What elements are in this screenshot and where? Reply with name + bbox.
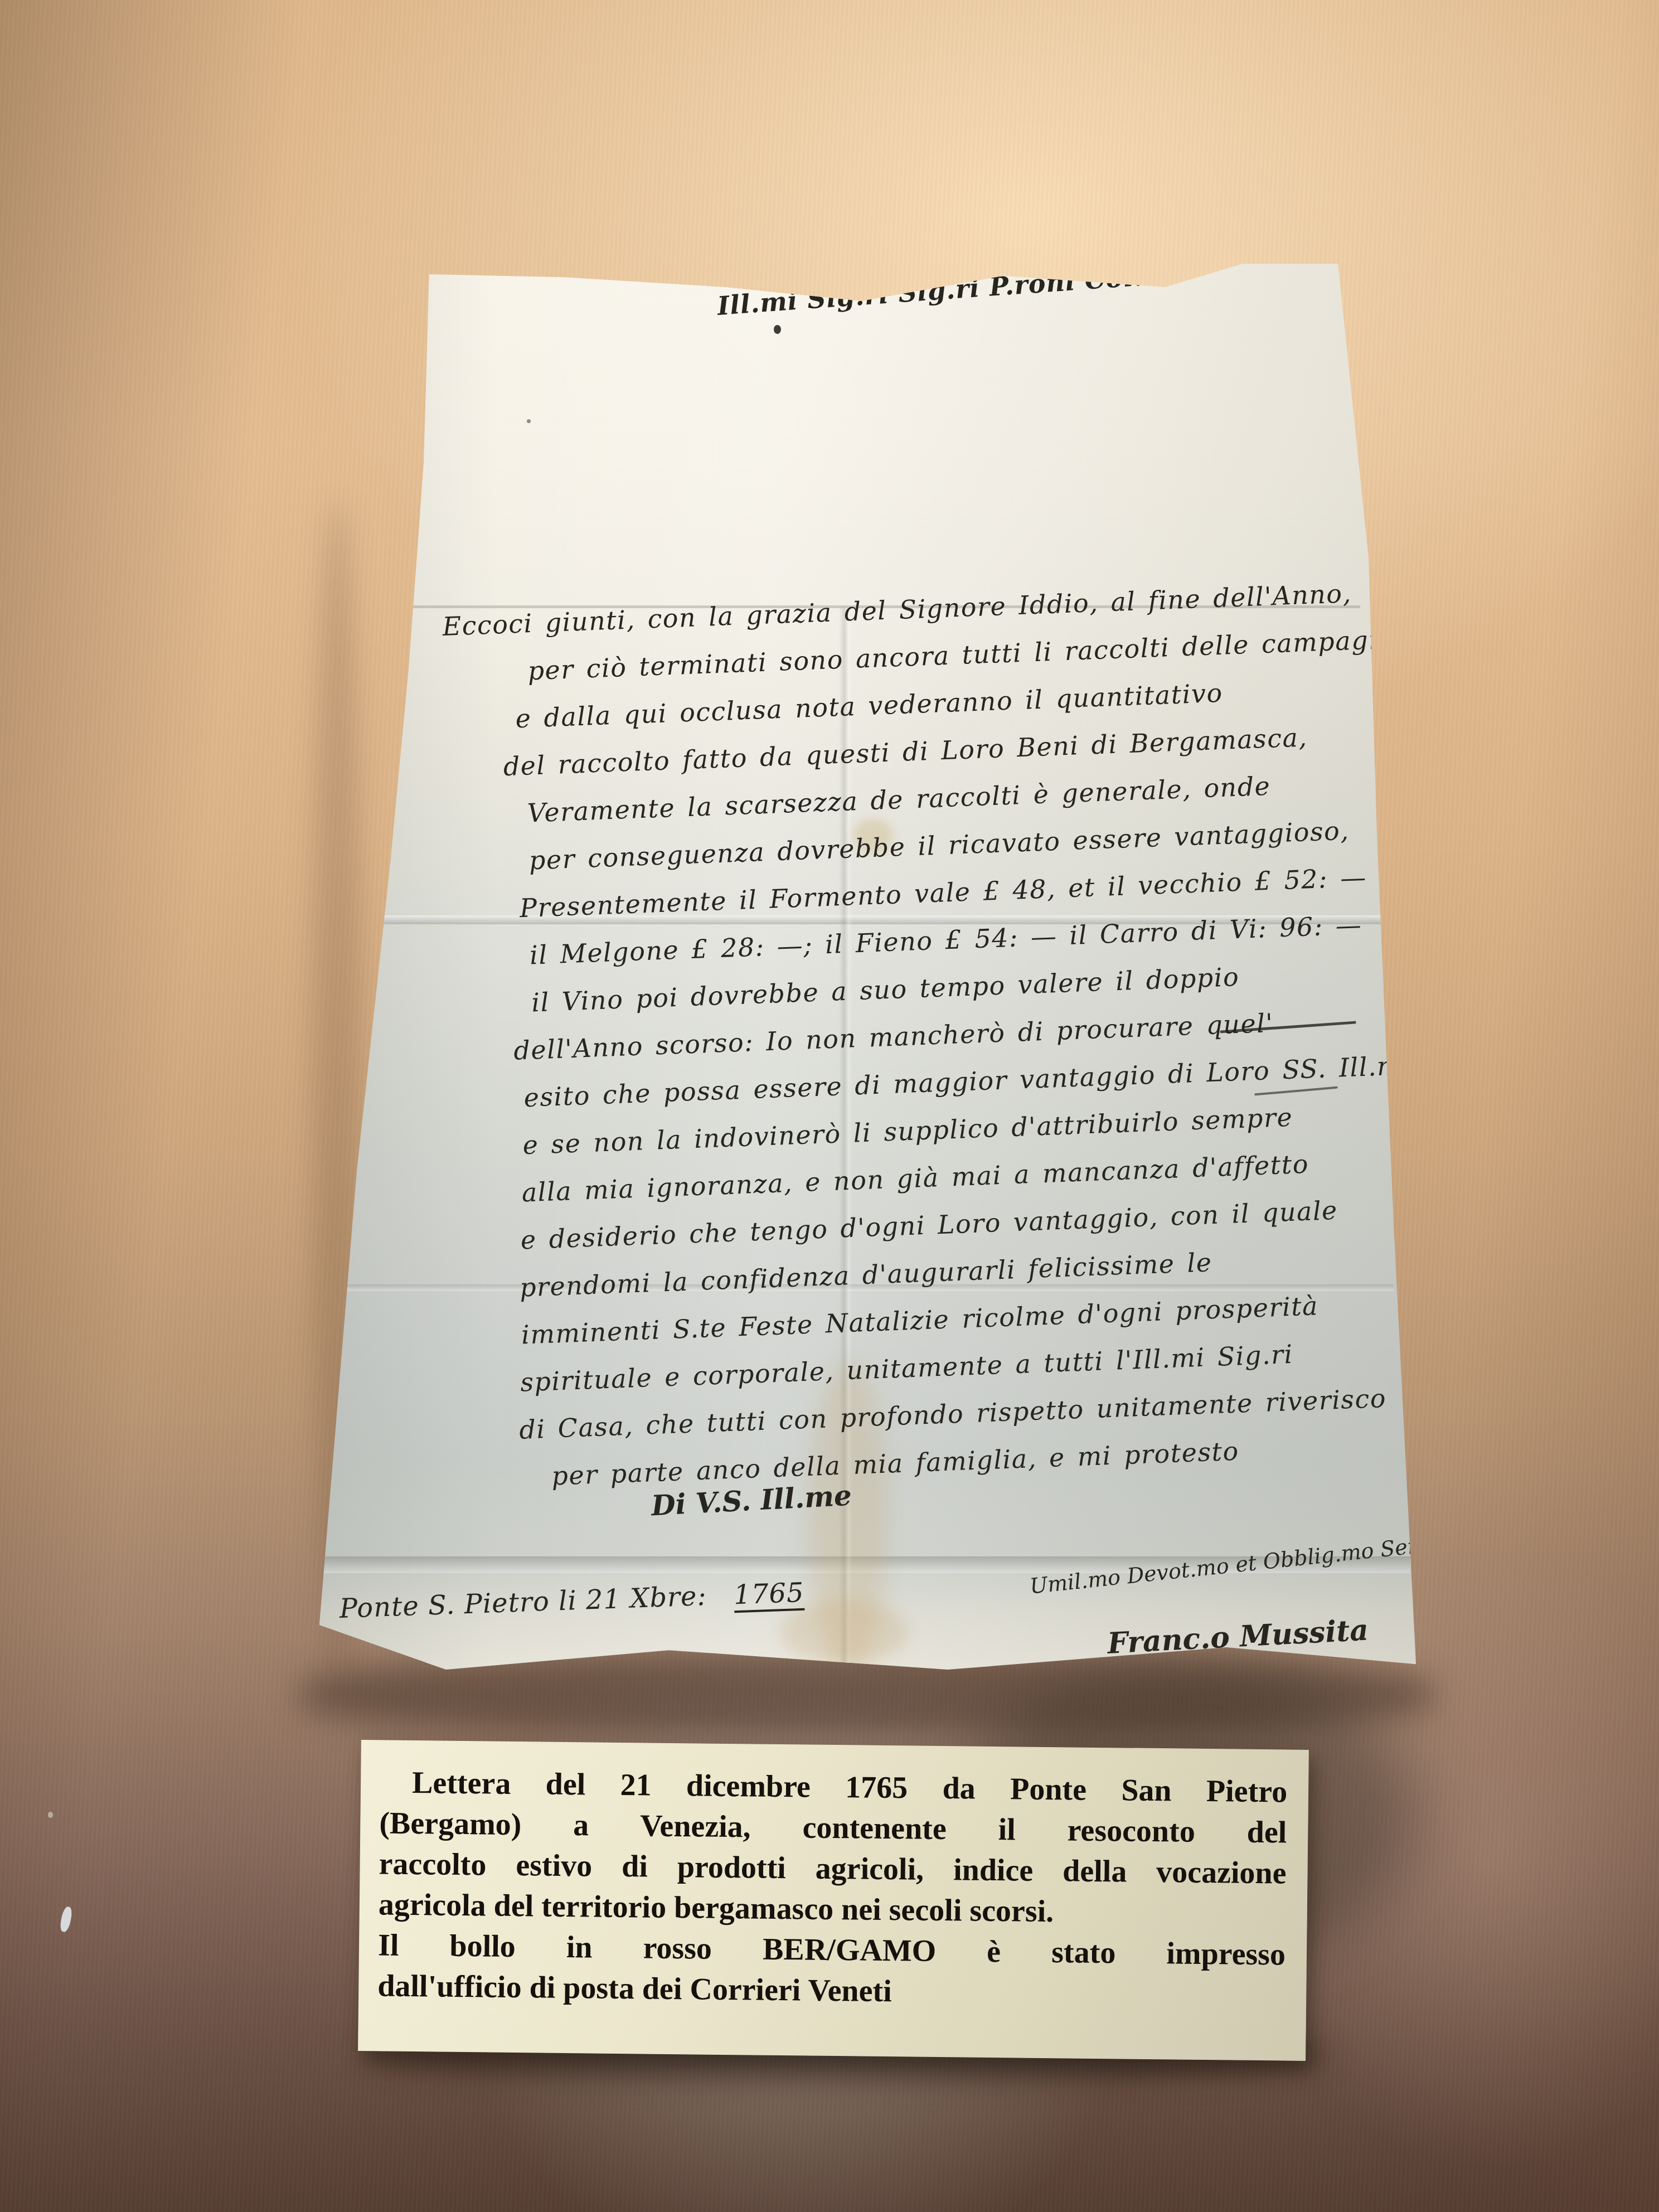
ink-blot <box>774 325 781 334</box>
caption-label: Lettera del 21 dicembre 1765 da Ponte Sa… <box>358 1740 1309 2061</box>
paper-speck <box>527 419 531 423</box>
letter-body: Eccoci giunti, con la grazia del Signore… <box>442 567 1455 1503</box>
letter-date-year: 1765 <box>733 1577 804 1611</box>
letter-dateline: Ponte S. Pietro li 21 Xbre: 1765 <box>339 1577 804 1624</box>
paper-stain <box>780 1600 909 1664</box>
wall-mark <box>48 1812 53 1818</box>
museum-photo: Ill.mi Sig.ri Sig.ri P.roni Col.mi Eccoc… <box>0 0 1659 2212</box>
letter-date-place: Ponte S. Pietro li 21 Xbre: <box>339 1580 707 1624</box>
